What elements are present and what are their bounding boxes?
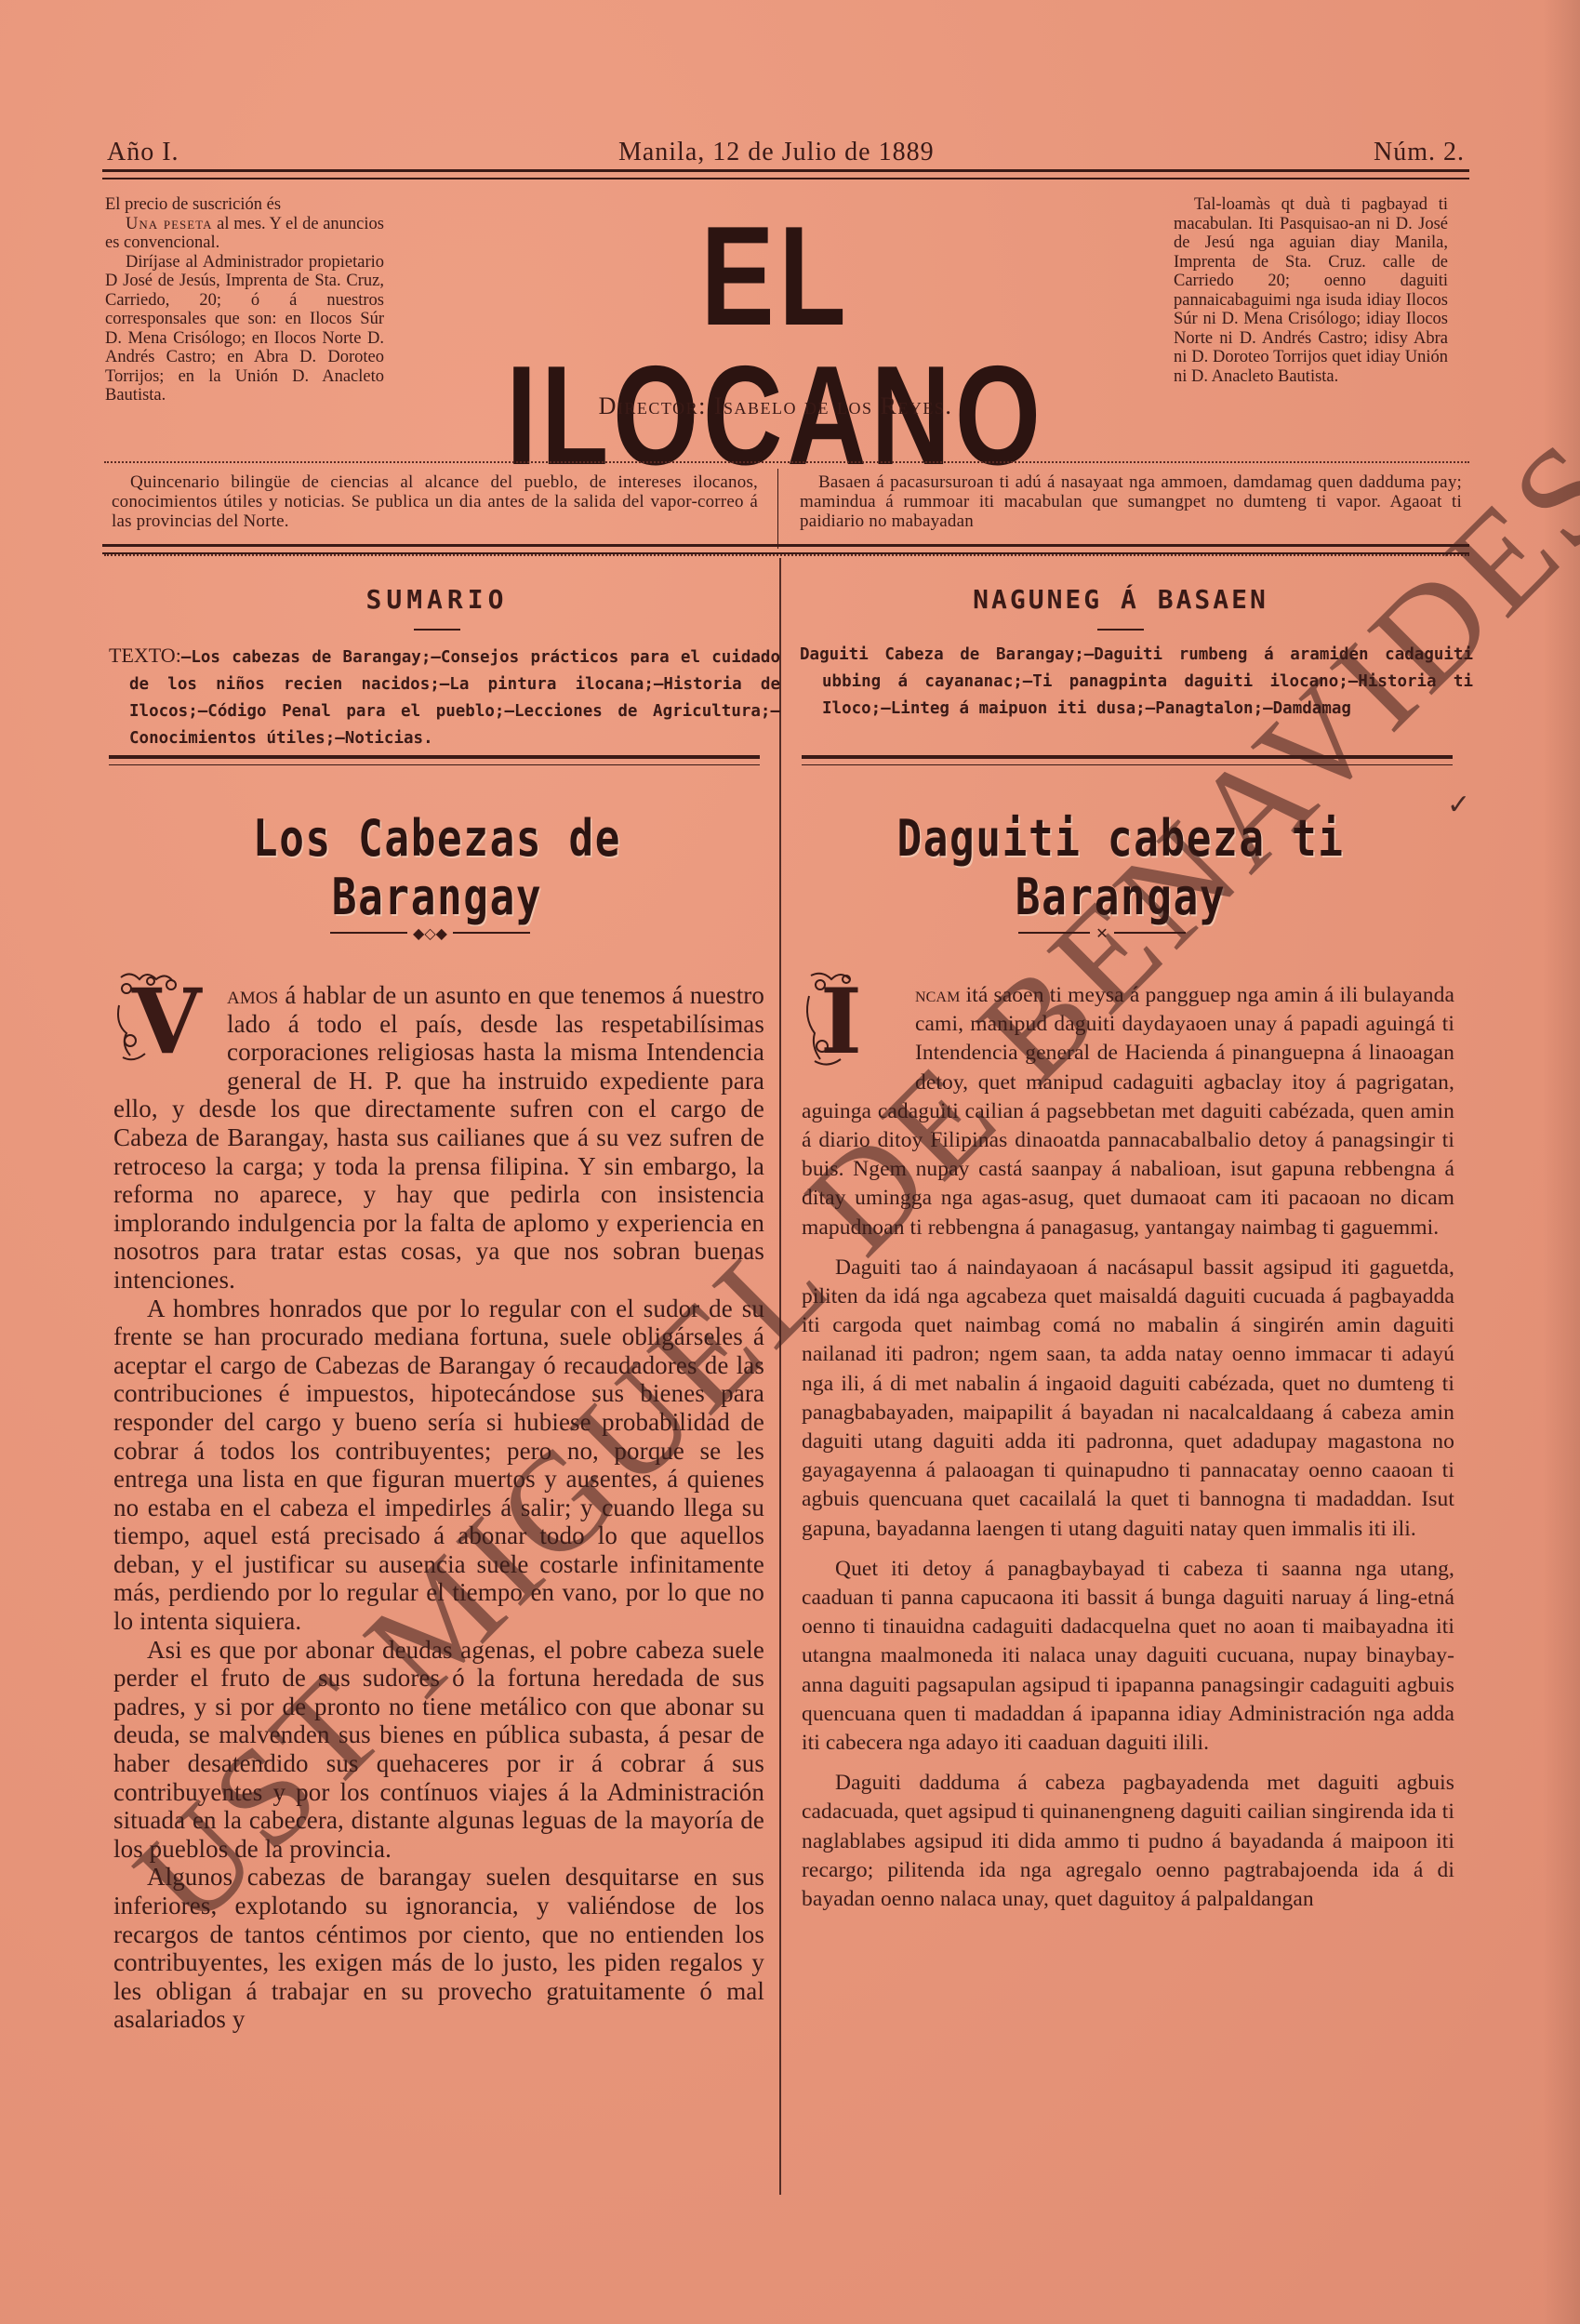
subscription-notice-ilocano: Tal-loamàs qt duà ti pagbayad ti macabul… (1174, 195, 1448, 386)
headline-ornament-right: ✕ (1018, 926, 1186, 939)
notice-text: Tal-loamàs qt duà ti pagbayad ti macabul… (1174, 195, 1448, 386)
summary-rule-left (109, 755, 760, 765)
ornamental-dropcap-v: V (113, 968, 216, 1080)
blurb-divider (777, 469, 778, 549)
article-paragraph: Algunos cabezas de barangay suelen desqu… (113, 1863, 764, 2034)
newspaper-page: Año I. Manila, 12 de Julio de 1889 Núm. … (0, 0, 1580, 2324)
summary-title-ilocano: NAGUNEG Á BASAEN (790, 584, 1451, 615)
article-paragraph: Daguiti dadduma á cabeza pagbayadenda me… (802, 1769, 1454, 1914)
article-body-spanish: V amos á hablar de un asunto en que tene… (113, 981, 764, 2034)
issue-year: Año I. (107, 138, 179, 167)
newspaper-title: EL ILOCANO (478, 206, 1073, 485)
summary-contents-spanish: TEXTO:—Los cabezas de Barangay;—Consejos… (109, 642, 780, 752)
headline-ornament-left: ◆◇◆ (330, 926, 530, 939)
article-paragraph: Daguiti tao á naindayaoan á nacásapul ba… (802, 1254, 1454, 1544)
issue-info-bar: Año I. Manila, 12 de Julio de 1889 Núm. … (107, 130, 1465, 167)
handwritten-check-mark: ✓ (1447, 789, 1470, 821)
summary-ornament-rule (414, 629, 460, 631)
summary-ornament-rule (1097, 629, 1144, 631)
summary-items: —Los cabezas de Barangay;—Consejos práct… (129, 648, 780, 748)
article-paragraph: Quet iti detoy á panagbaybayad ti cabeza… (802, 1555, 1454, 1758)
header-double-rule (102, 169, 1469, 179)
summary-rule-right (802, 755, 1453, 765)
subscription-notice-spanish: El precio de suscrición és Una peseta al… (105, 195, 384, 405)
masthead-wavy-rule (104, 458, 1469, 463)
diamond-ornament-icon: ◆◇◆ (407, 924, 453, 942)
article-paragraph: I ncam itá saoen ti meysa á pangguep nga… (802, 981, 1454, 1242)
article-paragraph: V amos á hablar de un asunto en que tene… (113, 981, 764, 1295)
issue-number: Núm. 2. (1374, 138, 1465, 167)
notice-address: Diríjase al Administrador propietario D … (105, 253, 384, 405)
summary-label: TEXTO: (109, 644, 181, 667)
notice-line: El precio de suscrición és (105, 195, 281, 214)
article-paragraph: A hombres honrados que por lo regular co… (113, 1295, 764, 1636)
publication-description-spanish: Quincenario bilingüe de ciencias al alca… (112, 472, 758, 547)
director-line: Director: Isabelo de los Reyes. (394, 392, 1157, 420)
column-divider (779, 558, 781, 2195)
page-edge-shadow (1543, 0, 1580, 2324)
summary-contents-ilocano: Daguiti Cabeza de Barangay;—Daguiti rumb… (800, 642, 1473, 723)
price-label: Una peseta (126, 215, 212, 233)
article-headline-spanish: Los Cabezas de Barangay (166, 809, 708, 926)
issue-dateline: Manila, 12 de Julio de 1889 (618, 138, 935, 167)
cross-ornament-icon: ✕ (1090, 924, 1113, 942)
article-headline-ilocano: Daguiti cabeza ti Barangay (850, 809, 1391, 926)
article-body-ilocano: I ncam itá saoen ti meysa á pangguep nga… (802, 981, 1454, 1925)
article-paragraph: Asi es que por abonar deudas agenas, el … (113, 1636, 764, 1864)
summary-title-spanish: SUMARIO (107, 584, 767, 615)
blurb-wavy-rule (104, 551, 1469, 556)
publication-description-ilocano: Basaen á pacasursuroan ti adú á nasayaat… (800, 472, 1462, 547)
ornamental-dropcap-i: I (802, 968, 904, 1080)
